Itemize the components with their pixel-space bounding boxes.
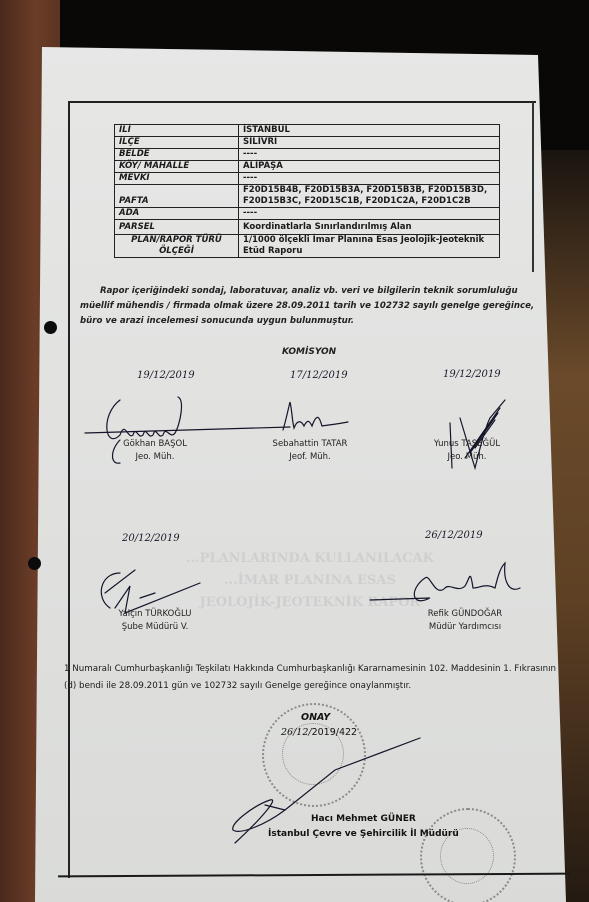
parcel-info-table: İLİİSTANBUL İLÇESİLİVRİ BELDE---- KÖY/ M… — [114, 124, 500, 258]
row-key: PARSEL — [115, 220, 239, 235]
signatory-block: Gökhan BAŞOL Jeo. Müh. — [95, 438, 215, 464]
row-key: BELDE — [115, 149, 239, 161]
signature-date: 17/12/2019 — [290, 370, 348, 381]
statement-paragraph: Rapor içeriğindeki sondaj, laboratuvar, … — [80, 284, 550, 329]
row-key: KÖY/ MAHALLE — [115, 161, 239, 173]
commission-heading: KOMİSYON — [282, 347, 336, 357]
row-key: PAFTA — [115, 185, 239, 208]
signatory-name: Gökhan BAŞOL — [123, 439, 187, 449]
row-value: ---- — [239, 149, 500, 161]
signatory-title: Müdür Yardımcısı — [405, 621, 525, 634]
table-row: PLAN/RAPOR TÜRÜ ÖLÇEĞİ1/1000 ölçekli İma… — [115, 235, 500, 258]
table-row: BELDE---- — [115, 149, 500, 161]
row-value: 1/1000 ölçekli İmar Planına Esas Jeoloji… — [239, 235, 500, 258]
director-title: İstanbul Çevre ve Şehircilik İl Müdürü — [268, 827, 459, 842]
signatory-block: Sebahattin TATAR Jeof. Müh. — [250, 438, 370, 464]
signatory-title: Şube Müdürü V. — [95, 621, 215, 634]
signature-refik-gundogar — [370, 558, 530, 608]
signatory-name: Sebahattin TATAR — [273, 439, 348, 449]
signatory-block: Yalçın TÜRKOĞLU Şube Müdürü V. — [95, 608, 215, 634]
signatory-block: Refik GÜNDOĞAR Müdür Yardımcısı — [405, 608, 525, 634]
row-key: İLİ — [115, 125, 239, 137]
row-value: ---- — [239, 208, 500, 220]
signatory-name: Refik GÜNDOĞAR — [428, 609, 502, 619]
punch-hole-icon — [28, 557, 41, 570]
signature-date: 26/12/2019 — [425, 530, 483, 541]
signature-date: 20/12/2019 — [122, 533, 180, 544]
director-name: Hacı Mehmet GÜNER — [268, 812, 459, 827]
signatory-name: Yalçın TÜRKOĞLU — [119, 609, 192, 619]
row-value: Koordinatlarla Sınırlandırılmış Alan — [239, 220, 500, 235]
row-value: ALİPAŞA — [239, 161, 500, 173]
row-key: İLÇE — [115, 137, 239, 149]
table-row: PARSELKoordinatlarla Sınırlandırılmış Al… — [115, 220, 500, 235]
signatory-title: Jeof. Müh. — [250, 451, 370, 464]
signature-date: 19/12/2019 — [137, 370, 195, 381]
row-value: İSTANBUL — [239, 125, 500, 137]
table-row: KÖY/ MAHALLEALİPAŞA — [115, 161, 500, 173]
signatory-title: Jeo. Müh. — [95, 451, 215, 464]
row-value: SİLİVRİ — [239, 137, 500, 149]
director-block: Hacı Mehmet GÜNER İstanbul Çevre ve Şehi… — [268, 812, 459, 842]
approval-label: ONAY — [301, 712, 330, 723]
signatory-title: Jeo. Müh. — [412, 451, 522, 464]
row-key: PLAN/RAPOR TÜRÜ ÖLÇEĞİ — [115, 235, 239, 258]
row-key: ADA — [115, 208, 239, 220]
table-row: ADA---- — [115, 208, 500, 220]
statement-text: Rapor içeriğindeki sondaj, laboratuvar, … — [80, 286, 534, 326]
row-value: F20D15B4B, F20D15B3A, F20D15B3B, F20D15B… — [239, 185, 500, 208]
approval-paragraph: 1 Numaralı Cumhurbaşkanlığı Teşkilatı Ha… — [64, 661, 564, 695]
punch-hole-icon — [44, 321, 57, 334]
table-row: MEVKİ---- — [115, 173, 500, 185]
row-value: ---- — [239, 173, 500, 185]
page-frame-right — [532, 102, 534, 272]
table-row: İLİİSTANBUL — [115, 125, 500, 137]
row-key: MEVKİ — [115, 173, 239, 185]
table-row: İLÇESİLİVRİ — [115, 137, 500, 149]
signatory-block: Yunus TAŞEĞÜL Jeo. Müh. — [412, 438, 522, 464]
signatory-name: Yunus TAŞEĞÜL — [434, 439, 500, 449]
signature-date: 19/12/2019 — [443, 369, 501, 380]
signature-sebahattin-tatar — [278, 400, 348, 435]
table-row: PAFTAF20D15B4B, F20D15B3A, F20D15B3B, F2… — [115, 185, 500, 208]
